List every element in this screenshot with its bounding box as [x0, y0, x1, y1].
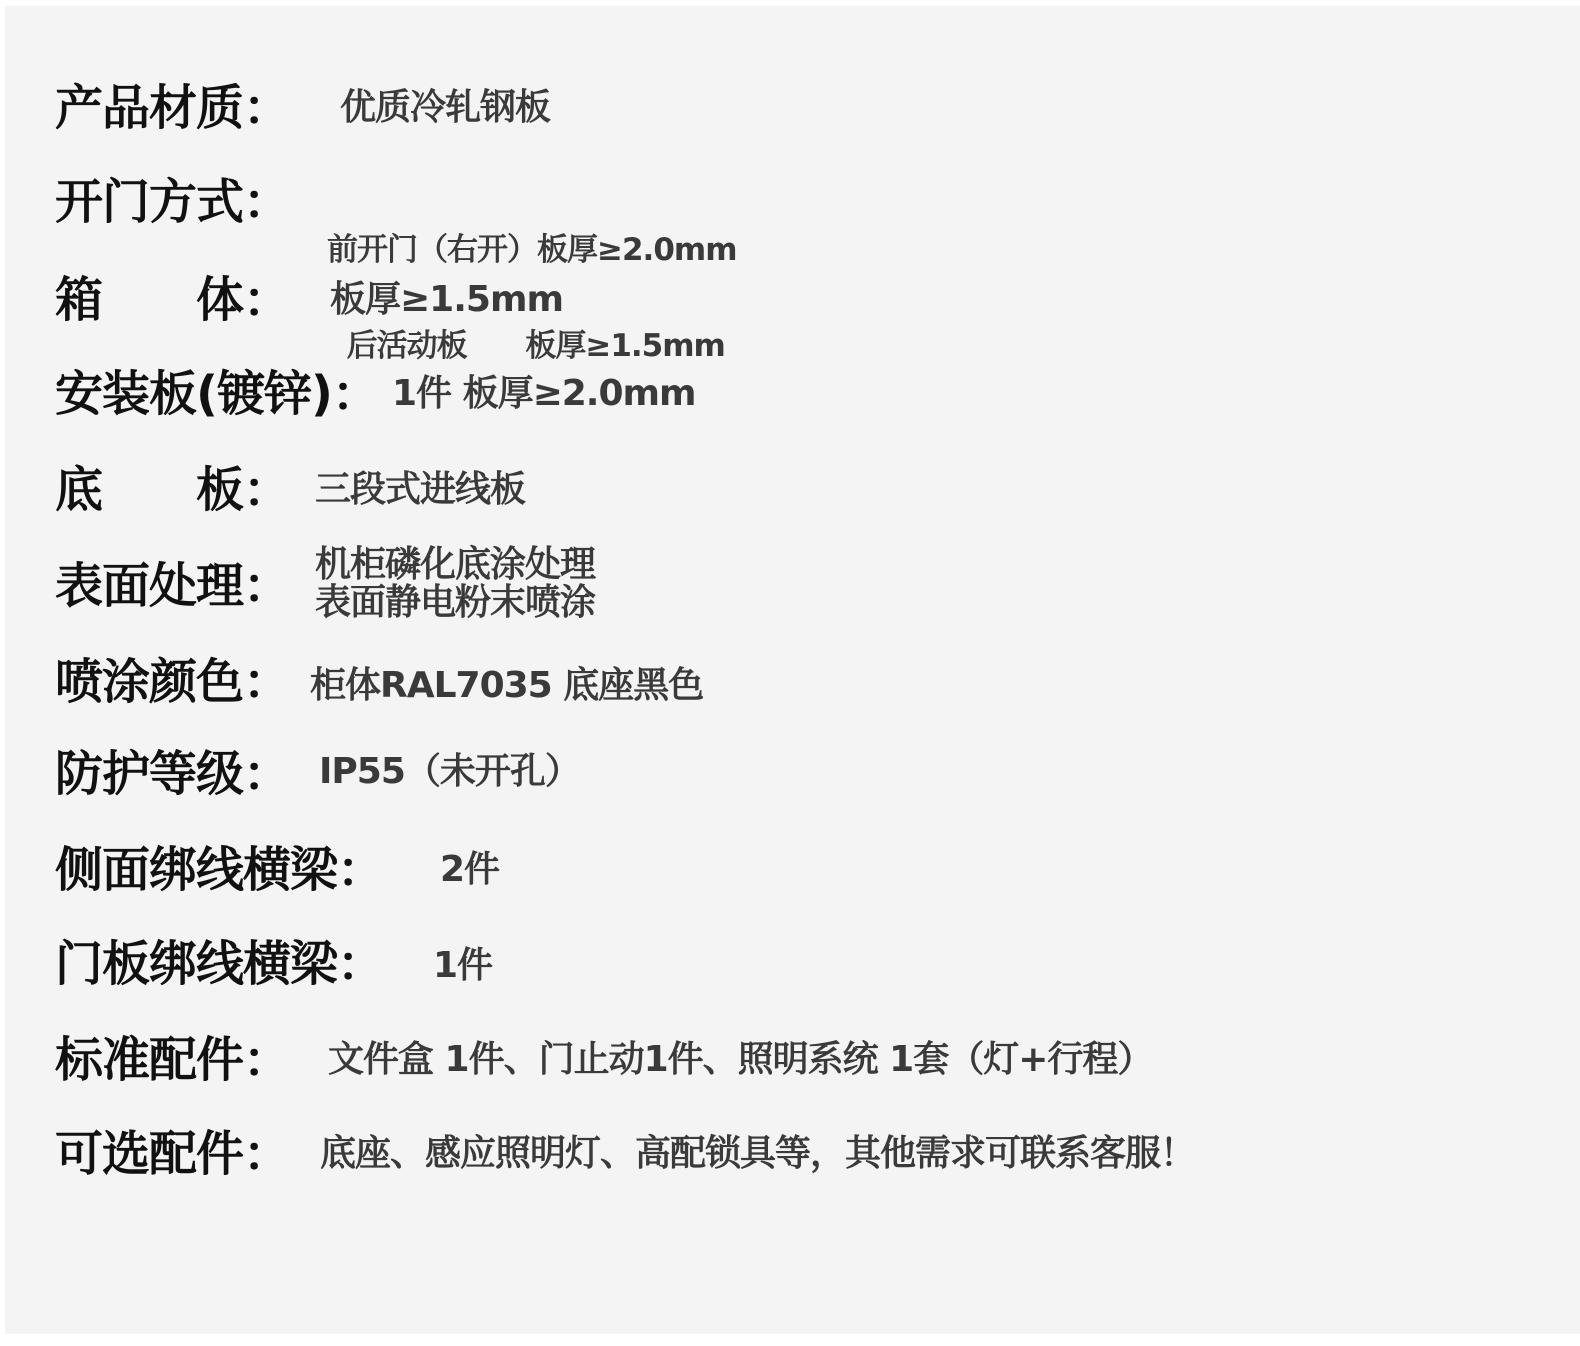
spec-value-line: 三段式进线板 [315, 472, 525, 508]
spec-value: 柜体RAL7035 底座黑色 [310, 668, 703, 704]
spec-value-line: 前开门（右开）板厚≥2.0mm [327, 234, 737, 266]
spec-value-line: 柜体RAL7035 底座黑色 [310, 668, 703, 704]
spec-value: 1件 板厚≥2.0mm [392, 376, 696, 412]
spec-value: 板厚≥1.5mm [330, 282, 563, 318]
spec-label: 可选配件： [55, 1130, 290, 1178]
spec-sheet-panel: 产品材质： 优质冷轧钢板 开门方式： 前开门（右开）板厚≥2.0mm 后活动板 … [5, 6, 1580, 1334]
spec-label: 门板绑线横梁： [55, 940, 384, 988]
spec-value-line: 板厚≥1.5mm [330, 282, 563, 318]
spec-value-line: 底座、感应照明灯、高配锁具等，其他需求可联系客服！ [320, 1136, 1195, 1172]
spec-label: 产品材质： [55, 84, 290, 132]
spec-value-line: 表面静电粉末喷涂 [315, 584, 595, 622]
spec-value-line: 机柜磷化底涂处理 [315, 546, 595, 584]
spec-label: 标准配件： [55, 1036, 290, 1084]
spec-value: 2件 [440, 852, 499, 888]
spec-value-line: IP55（未开孔） [319, 754, 580, 790]
spec-value: 文件盒 1件、门止动1件、照明系统 1套（灯+行程） [328, 1042, 1152, 1078]
spec-value-line: 2件 [440, 852, 499, 888]
spec-value: 三段式进线板 [315, 472, 525, 508]
spec-label: 底 板： [55, 466, 290, 514]
spec-value-line: 优质冷轧钢板 [340, 90, 550, 126]
spec-value-line: 1件 [433, 948, 492, 984]
spec-value: 优质冷轧钢板 [340, 90, 550, 126]
spec-label: 侧面绑线横梁： [55, 846, 384, 894]
spec-value: 1件 [433, 948, 492, 984]
spec-value-line: 文件盒 1件、门止动1件、照明系统 1套（灯+行程） [328, 1042, 1152, 1078]
spec-label: 表面处理： [55, 562, 290, 610]
spec-label: 安装板(镀锌)： [55, 370, 379, 418]
spec-label: 箱 体： [55, 276, 290, 324]
spec-value-line: 1件 板厚≥2.0mm [392, 376, 696, 412]
spec-label: 防护等级： [55, 750, 290, 798]
spec-value-line: 后活动板 板厚≥1.5mm [327, 330, 737, 362]
spec-label: 喷涂颜色： [55, 658, 290, 706]
spec-value: 机柜磷化底涂处理 表面静电粉末喷涂 [315, 546, 595, 622]
spec-label: 开门方式： [55, 178, 290, 226]
spec-value: IP55（未开孔） [319, 754, 580, 790]
spec-value: 底座、感应照明灯、高配锁具等，其他需求可联系客服！ [320, 1136, 1195, 1172]
